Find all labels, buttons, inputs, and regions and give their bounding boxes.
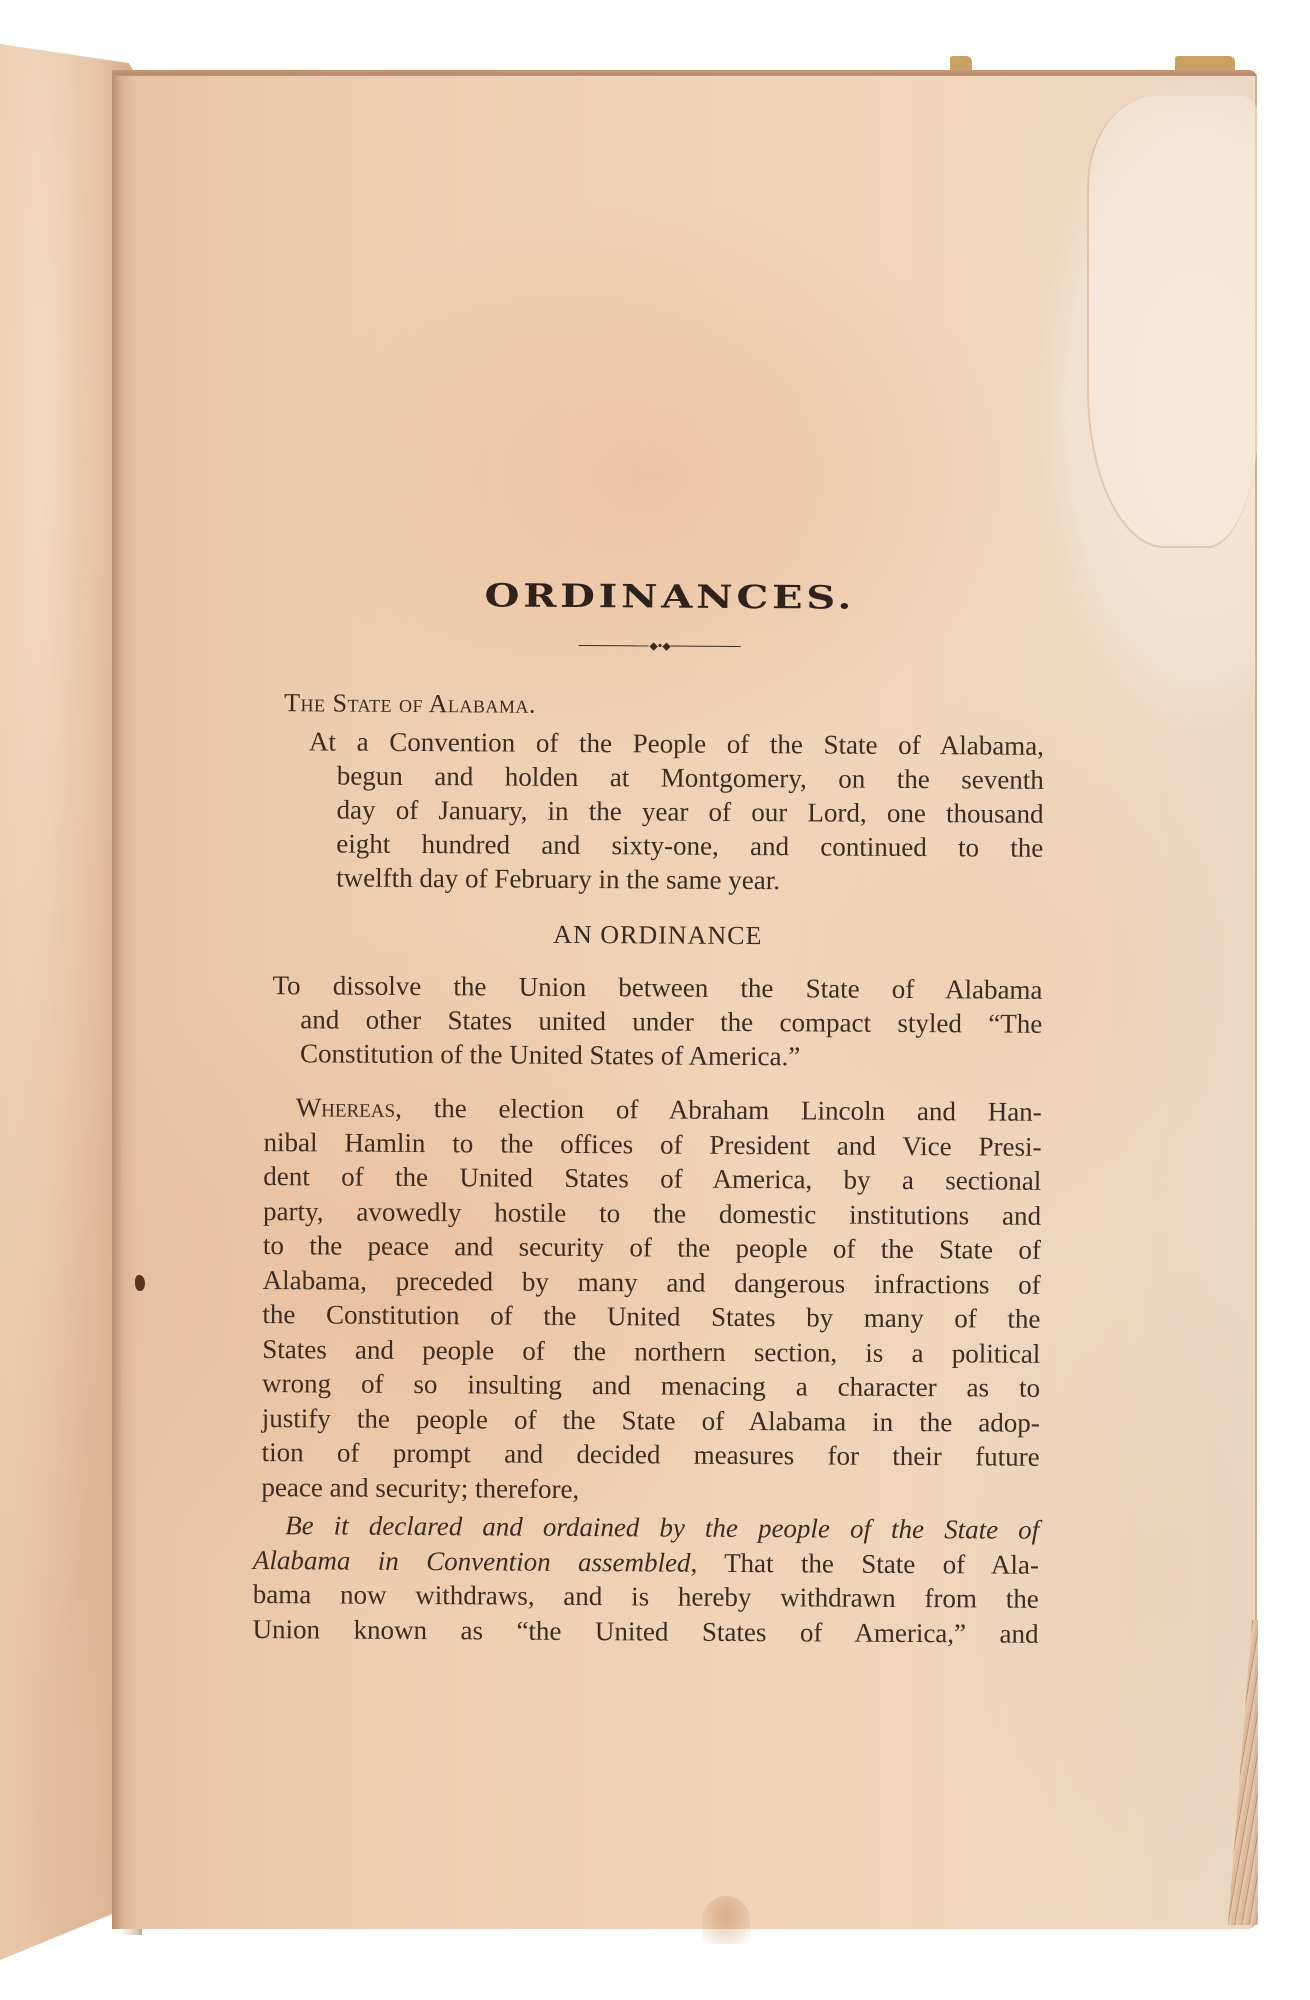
resolution-text: , That the State of Ala- <box>690 1547 1039 1579</box>
whereas-line-text: the election of Abraham Lincoln and Han- <box>402 1093 1042 1127</box>
ordinance-purpose: To dissolve the Union between the State … <box>272 968 1043 1075</box>
whereas-paragraph: Whereas, the election of Abraham Lincoln… <box>261 1090 1042 1509</box>
purpose-line: To dissolve the Union between the State … <box>272 968 1042 1007</box>
whereas-lead: Whereas, <box>296 1092 402 1123</box>
page-text: ORDINANCES. ◆•◆ The State of Alabama. At… <box>248 575 1045 1651</box>
purpose-line: Constitution of the United States of Ame… <box>300 1036 1042 1075</box>
whereas-line: tion of prompt and decided measures for … <box>262 1435 1040 1474</box>
convention-line: eight hundred and sixty-one, and continu… <box>336 827 1043 865</box>
bottom-stain <box>702 1896 750 1944</box>
resolution-enacting-clause-end: Alabama in Convention assembled <box>253 1545 691 1578</box>
ornament-rule-right <box>671 645 741 647</box>
convention-line: begun and holden at Montgomery, on the s… <box>337 759 1044 797</box>
resolution-line: Union known as “the United States of Ame… <box>252 1612 1038 1651</box>
whereas-line: justify the people of the State of Alaba… <box>262 1401 1040 1440</box>
whereas-line: Whereas, the election of Abraham Lincoln… <box>264 1090 1042 1129</box>
whereas-line: the Constitution of the United States by… <box>262 1297 1040 1336</box>
state-heading: The State of Alabama. <box>284 688 1044 723</box>
convention-line: twelfth day of February in the same year… <box>336 861 1043 899</box>
resolution-line: Alabama in Convention assembled, That th… <box>253 1543 1039 1582</box>
binding-tear <box>135 1275 145 1291</box>
convention-line: day of January, in the year of our Lord,… <box>336 793 1043 831</box>
whereas-line: nibal Hamlin to the offices of President… <box>263 1125 1041 1164</box>
binding-gutter <box>112 76 138 1929</box>
whereas-line: peace and security; therefore, <box>261 1470 1039 1509</box>
page-title: ORDINANCES. <box>201 575 1139 619</box>
convention-line: At a Convention of the People of the Sta… <box>309 724 1044 762</box>
convention-continuation: begun and holden at Montgomery, on the s… <box>308 758 1044 898</box>
whereas-line: party, avowedly hostile to the domestic … <box>263 1194 1041 1233</box>
ornament-diamond-icon: ◆•◆ <box>649 639 670 652</box>
resolution-line: Be it declared and ordained by the peopl… <box>253 1508 1039 1547</box>
purpose-line: and other States united under the compac… <box>300 1002 1042 1041</box>
whereas-line: dent of the United States of America, by… <box>263 1159 1041 1198</box>
whereas-line: to the peace and security of the people … <box>263 1228 1041 1267</box>
water-stain <box>1087 96 1259 548</box>
resolution-line: bama now withdraws, and is hereby withdr… <box>253 1577 1039 1616</box>
purpose-continuation: and other States united under the compac… <box>272 1002 1042 1075</box>
convention-paragraph: At a Convention of the People of the Sta… <box>308 724 1044 898</box>
whereas-line: wrong of so insulting and menacing a cha… <box>262 1366 1040 1405</box>
ordinance-heading: AN ORDINANCE <box>273 918 1043 953</box>
whereas-line: Alabama, preceded by many and dangerous … <box>263 1263 1041 1302</box>
ornament-rule-left <box>578 645 648 647</box>
resolution-paragraph: Be it declared and ordained by the peopl… <box>252 1508 1039 1651</box>
title-ornament: ◆•◆ <box>275 637 1045 655</box>
whereas-line: States and people of the northern sectio… <box>262 1332 1040 1371</box>
resolution-enacting-clause: Be it declared and ordained by the peopl… <box>285 1510 1039 1545</box>
